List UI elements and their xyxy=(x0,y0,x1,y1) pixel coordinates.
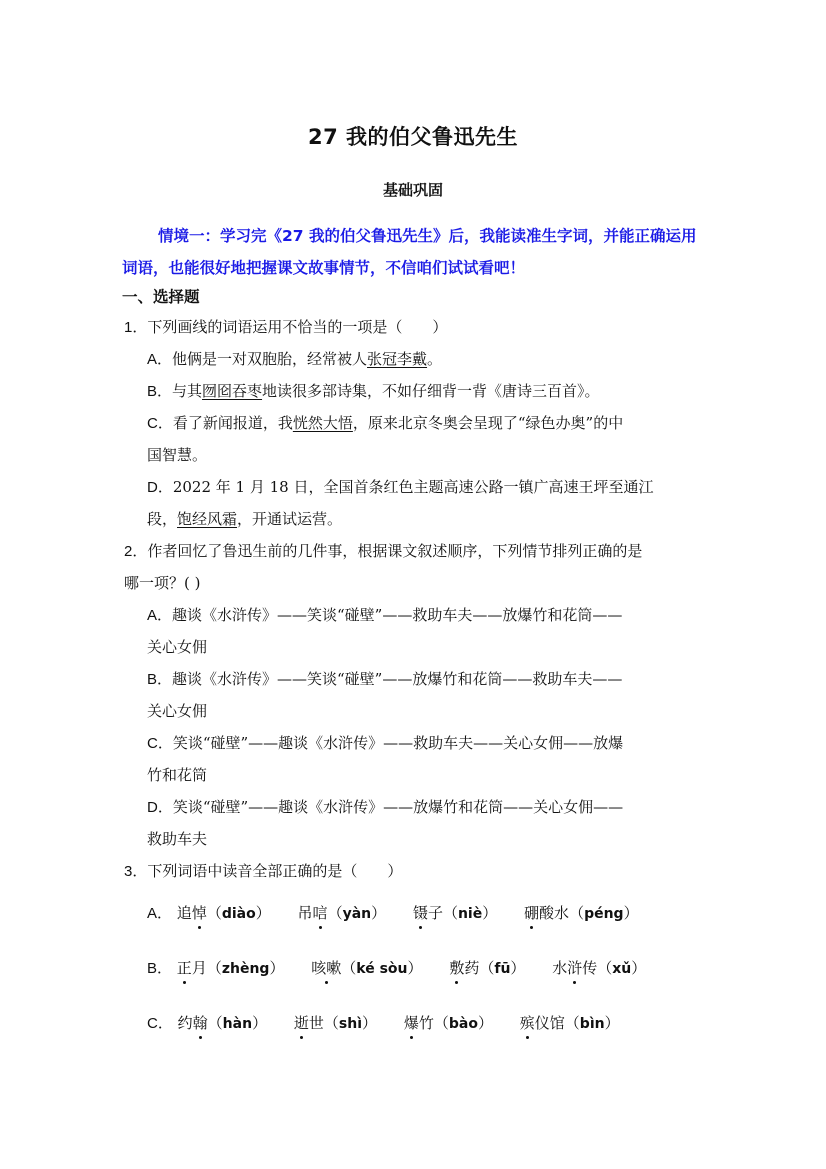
question-3-option-c: C． 约翰（hàn） 逝世（shì） 爆竹（bào） 殡仪馆（bìn） xyxy=(147,1012,642,1035)
pinyin-item: 硼酸水（péng） xyxy=(524,902,639,925)
pinyin-item: 镊子（niè） xyxy=(413,902,497,925)
pinyin-item: 逝世（shì） xyxy=(294,1012,377,1035)
question-1-option-c-cont: 国智慧。 xyxy=(147,444,207,466)
question-3-option-b: B． 正月（zhèng） 咳嗽（ké sòu） 敷药（fū） 水浒传（xǔ） xyxy=(147,957,668,980)
document-page: 27 我的伯父鲁迅先生 基础巩固 情境一：学习完《27 我的伯父鲁迅先生》后，我… xyxy=(0,0,826,1169)
pinyin-item: 敷药（fū） xyxy=(449,957,525,980)
question-2-option-d-cont: 救助车夫 xyxy=(147,828,207,850)
pinyin-item: 吊唁（yàn） xyxy=(298,902,387,925)
pinyin-item: 水浒传（xǔ） xyxy=(552,957,646,980)
pinyin-item: 约翰（hàn） xyxy=(178,1012,267,1035)
question-2-option-b: B．趣谈《水浒传》——笑谈“碰壁”——放爆竹和花筒——救助车夫—— xyxy=(147,668,622,691)
question-3-stem: 3．下列词语中读音全部正确的是（ ） xyxy=(124,860,402,883)
question-2-option-a-cont: 关心女佣 xyxy=(147,636,207,658)
underlined-word: 恍然大悟 xyxy=(293,414,353,432)
question-1-option-c: C．看了新闻报道，我恍然大悟，原来北京冬奥会呈现了“绿色办奥”的中 xyxy=(147,412,623,435)
section-heading: 一、选择题 xyxy=(122,285,200,309)
question-2-stem: 2．作者回忆了鲁迅生前的几件事，根据课文叙述顺序，下列情节排列正确的是 xyxy=(124,540,642,563)
question-2-option-c-cont: 竹和花筒 xyxy=(147,764,207,786)
scenario-intro: 情境一：学习完《27 我的伯父鲁迅先生》后，我能读准生字词，并能正确运用词语，也… xyxy=(122,220,706,284)
page-title: 27 我的伯父鲁迅先生 xyxy=(0,121,826,151)
question-1-option-a: A．他俩是一对双胞胎，经常被人张冠李戴。 xyxy=(147,348,442,371)
underlined-word: 囫囵吞枣 xyxy=(202,382,262,400)
question-1-option-b: B．与其囫囵吞枣地读很多部诗集，不如仔细背一背《唐诗三百首》。 xyxy=(147,380,600,403)
question-2-option-b-cont: 关心女佣 xyxy=(147,700,207,722)
question-2-stem-cont: 哪一项？( ) xyxy=(124,572,200,594)
underlined-word: 饱经风霜 xyxy=(177,510,237,528)
pinyin-item: 爆竹（bào） xyxy=(404,1012,493,1035)
question-2-option-a: A．趣谈《水浒传》——笑谈“碰壁”——救助车夫——放爆竹和花筒—— xyxy=(147,604,622,627)
pinyin-item: 追悼（diào） xyxy=(177,902,271,925)
question-2-option-d: D．笑谈“碰壁”——趣谈《水浒传》——放爆竹和花筒——关心女佣—— xyxy=(147,796,623,819)
underlined-word: 张冠李戴 xyxy=(367,350,427,368)
pinyin-item: 咳嗽（ké sòu） xyxy=(311,957,422,980)
question-3-option-a: A． 追悼（diào） 吊唁（yàn） 镊子（niè） 硼酸水（péng） xyxy=(147,902,661,925)
question-2-option-c: C．笑谈“碰壁”——趣谈《水浒传》——救助车夫——关心女佣——放爆 xyxy=(147,732,623,755)
section-subtitle: 基础巩固 xyxy=(0,179,826,200)
question-1-stem: 1．下列画线的词语运用不恰当的一项是（ ） xyxy=(124,316,447,339)
question-1-option-d-cont: 段，饱经风霜，开通试运营。 xyxy=(147,508,342,530)
pinyin-item: 殡仪馆（bìn） xyxy=(520,1012,620,1035)
pinyin-item: 正月（zhèng） xyxy=(177,957,285,980)
question-1-option-d: D．2022 年 1 月 18 日，全国首条红色主题高速公路一镇广高速王坪至通江 xyxy=(147,476,654,499)
